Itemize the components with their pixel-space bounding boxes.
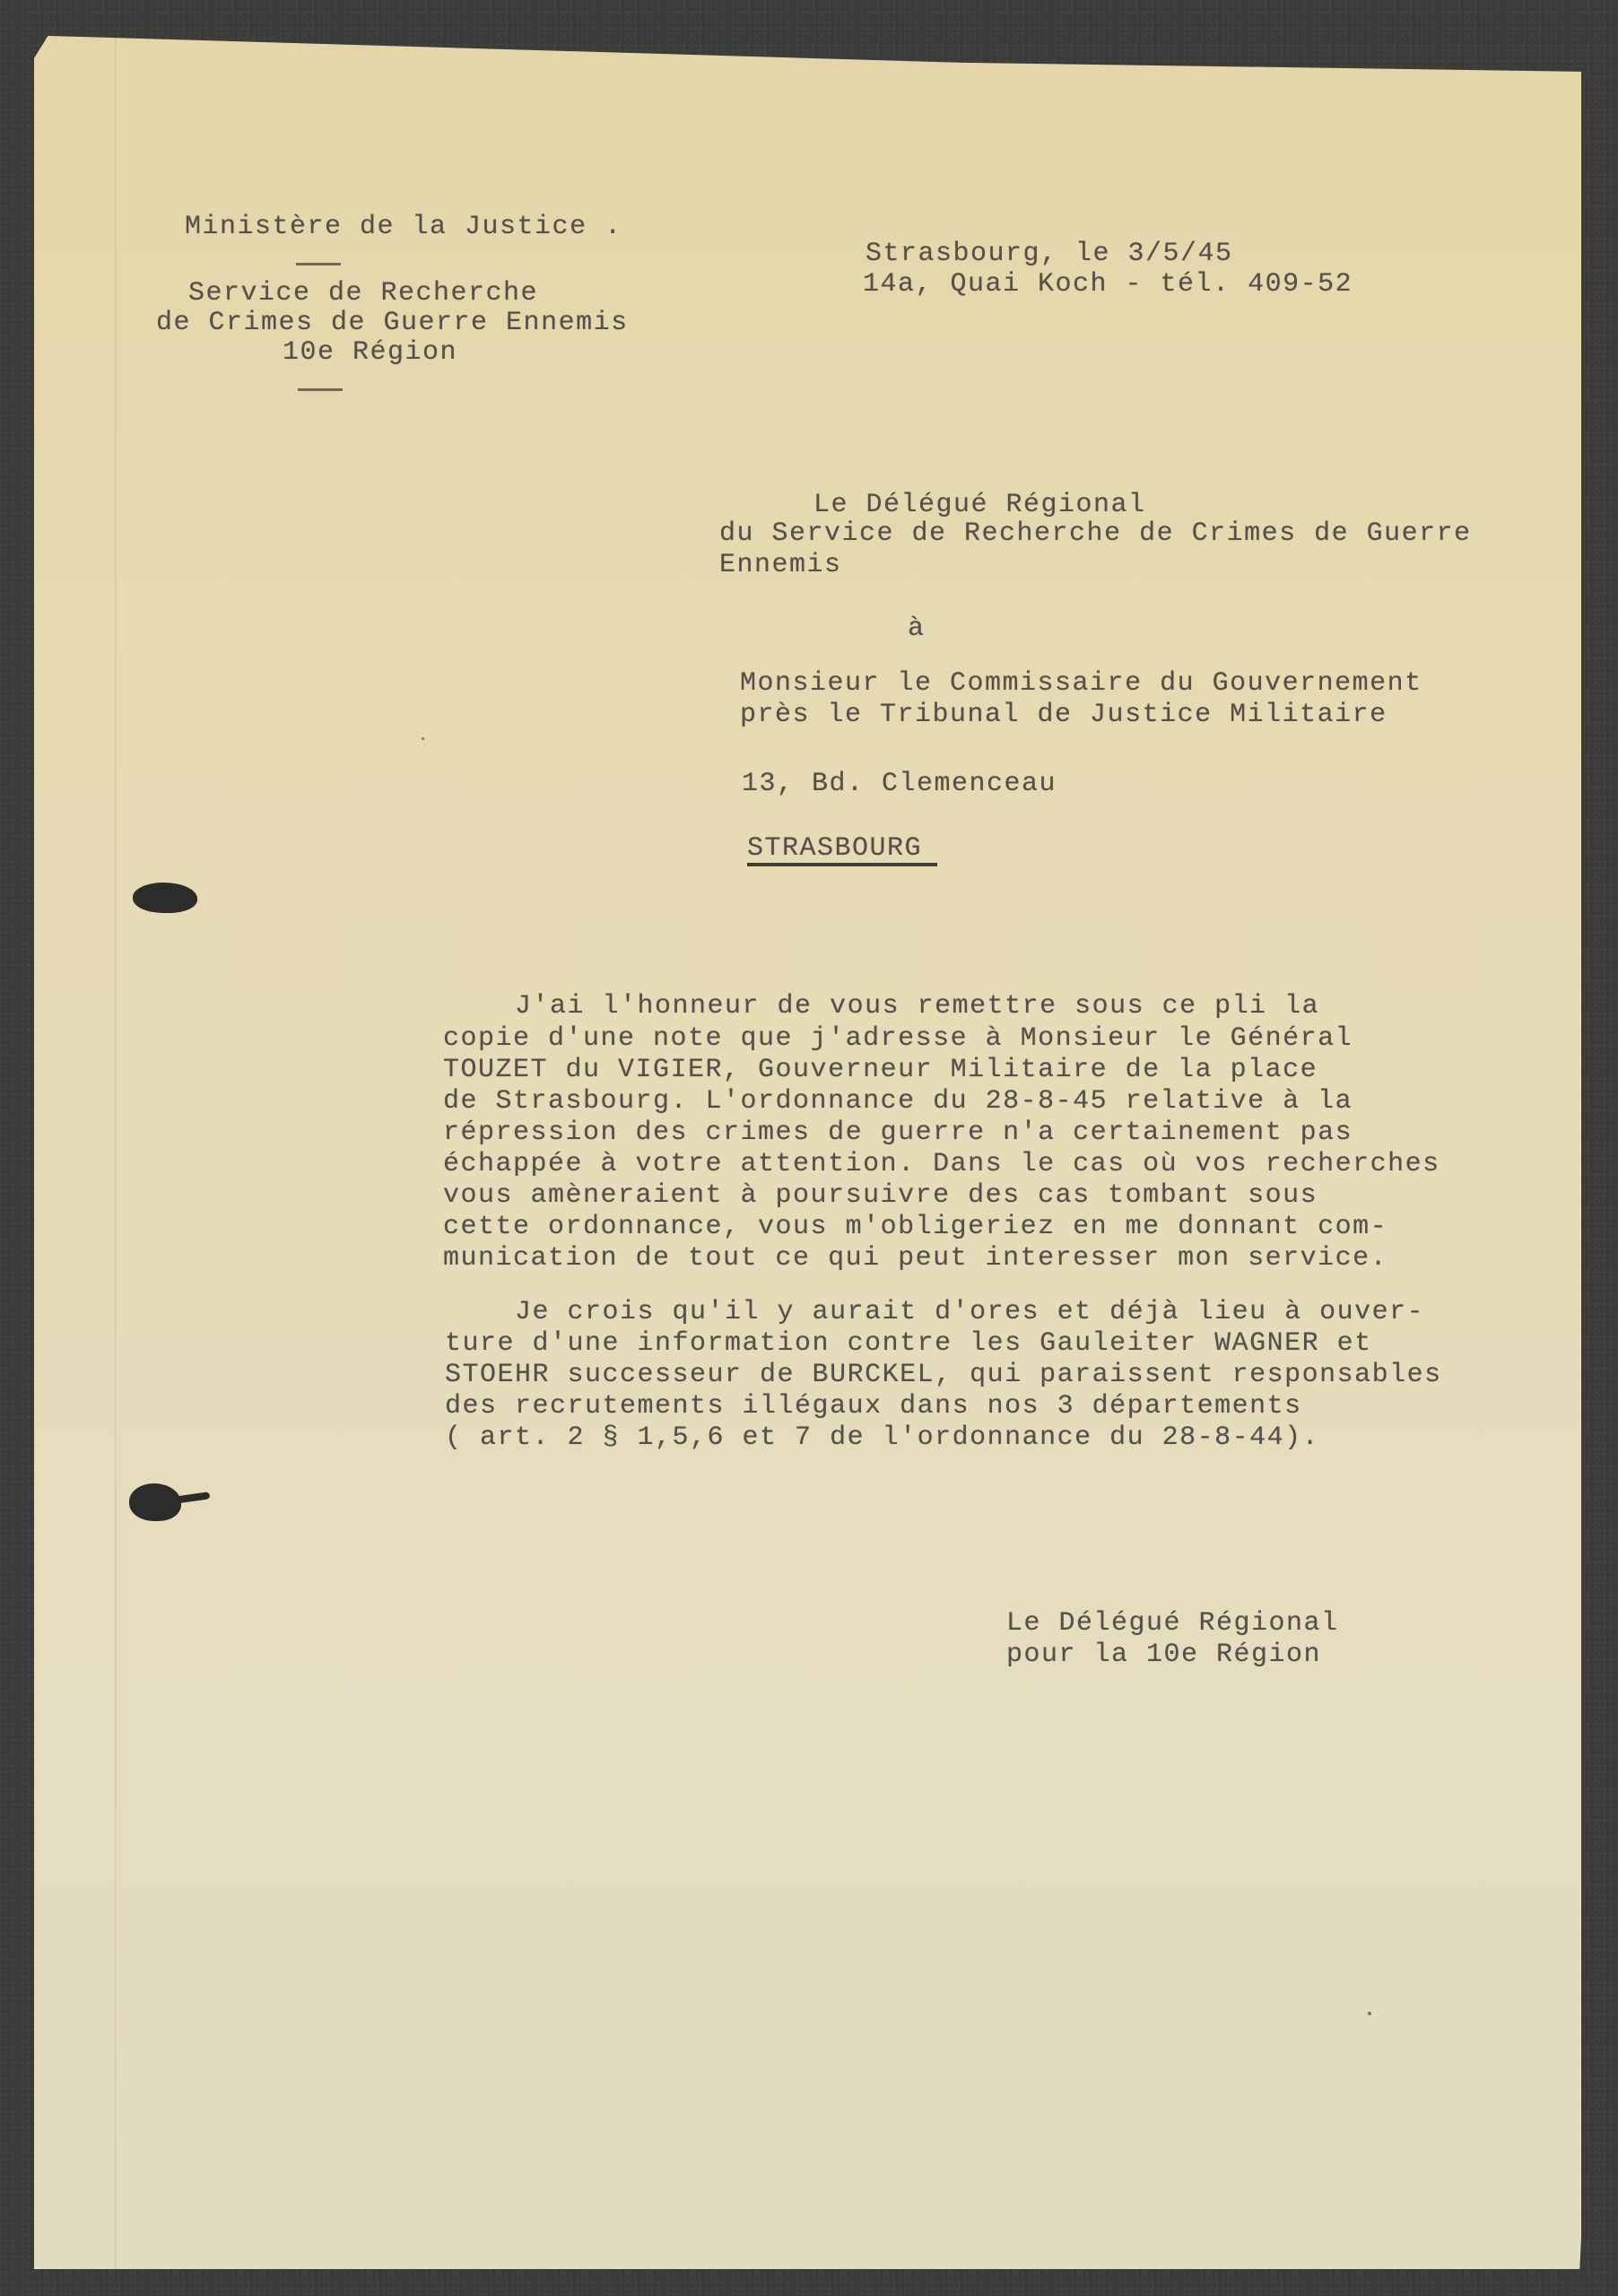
- paper-speck: [422, 737, 424, 740]
- body-line: des recrutements illégaux dans nos 3 dép…: [445, 1393, 1302, 1420]
- body-line: TOUZET du VIGIER, Gouverneur Militaire d…: [443, 1057, 1318, 1083]
- sender-service: du Service de Recherche de Crimes de Gue…: [719, 520, 1472, 547]
- place-date: Strasbourg, le 3/5/45: [866, 240, 1233, 267]
- body-line: échappée à votre attention. Dans le cas …: [443, 1151, 1440, 1178]
- punch-hole: [129, 1483, 181, 1521]
- recipient-tribunal: près le Tribunal de Justice Militaire: [740, 701, 1387, 728]
- body-line: de Strasbourg. L'ordonnance du 28-8-45 r…: [443, 1088, 1353, 1115]
- paper-speck: [1368, 2012, 1371, 2015]
- body-line: J'ai l'honneur de vous remettre sous ce …: [445, 993, 1319, 1020]
- recipient-title: Monsieur le Commissaire du Gouvernement: [740, 670, 1422, 697]
- letterhead-service-line1: Service de Recherche: [188, 280, 538, 307]
- recipient-address: 13, Bd. Clemenceau: [742, 770, 1057, 797]
- letterhead-ministry: Ministère de la Justice .: [185, 213, 622, 240]
- sender-service-cont: Ennemis: [719, 552, 842, 578]
- recipient-city: STRASBOURG: [747, 835, 922, 862]
- body-line: répression des crimes de guerre n'a cert…: [443, 1119, 1353, 1146]
- to-marker: à: [908, 615, 926, 642]
- letterhead-service-line2: de Crimes de Guerre Ennemis: [156, 309, 629, 336]
- body-line: munication de tout ce qui peut interesse…: [443, 1245, 1387, 1272]
- body-line: copie d'une note que j'adresse à Monsieu…: [443, 1025, 1353, 1052]
- letterhead-divider: [298, 388, 343, 391]
- sender-title: Le Délégué Régional: [813, 491, 1146, 518]
- body-line: cette ordonnance, vous m'obligeriez en m…: [443, 1213, 1387, 1240]
- punch-hole: [133, 883, 197, 913]
- city-underline: [747, 863, 937, 866]
- body-line: vous amèneraient à poursuivre des cas to…: [443, 1182, 1318, 1209]
- letterhead-divider: [296, 263, 341, 265]
- letterhead-region: 10e Région: [283, 339, 457, 366]
- address-phone: 14a, Quai Koch - tél. 409-52: [863, 271, 1353, 298]
- body-line: ture d'une information contre les Gaulei…: [445, 1330, 1372, 1357]
- signature-title: Le Délégué Régional: [1006, 1610, 1339, 1637]
- body-line: Je crois qu'il y aurait d'ores et déjà l…: [445, 1299, 1424, 1326]
- signature-region: pour la 10e Région: [1006, 1641, 1321, 1668]
- body-line: STOEHR successeur de BURCKEL, qui parais…: [445, 1361, 1442, 1388]
- body-line: ( art. 2 § 1,5,6 et 7 de l'ordonnance du…: [445, 1424, 1319, 1451]
